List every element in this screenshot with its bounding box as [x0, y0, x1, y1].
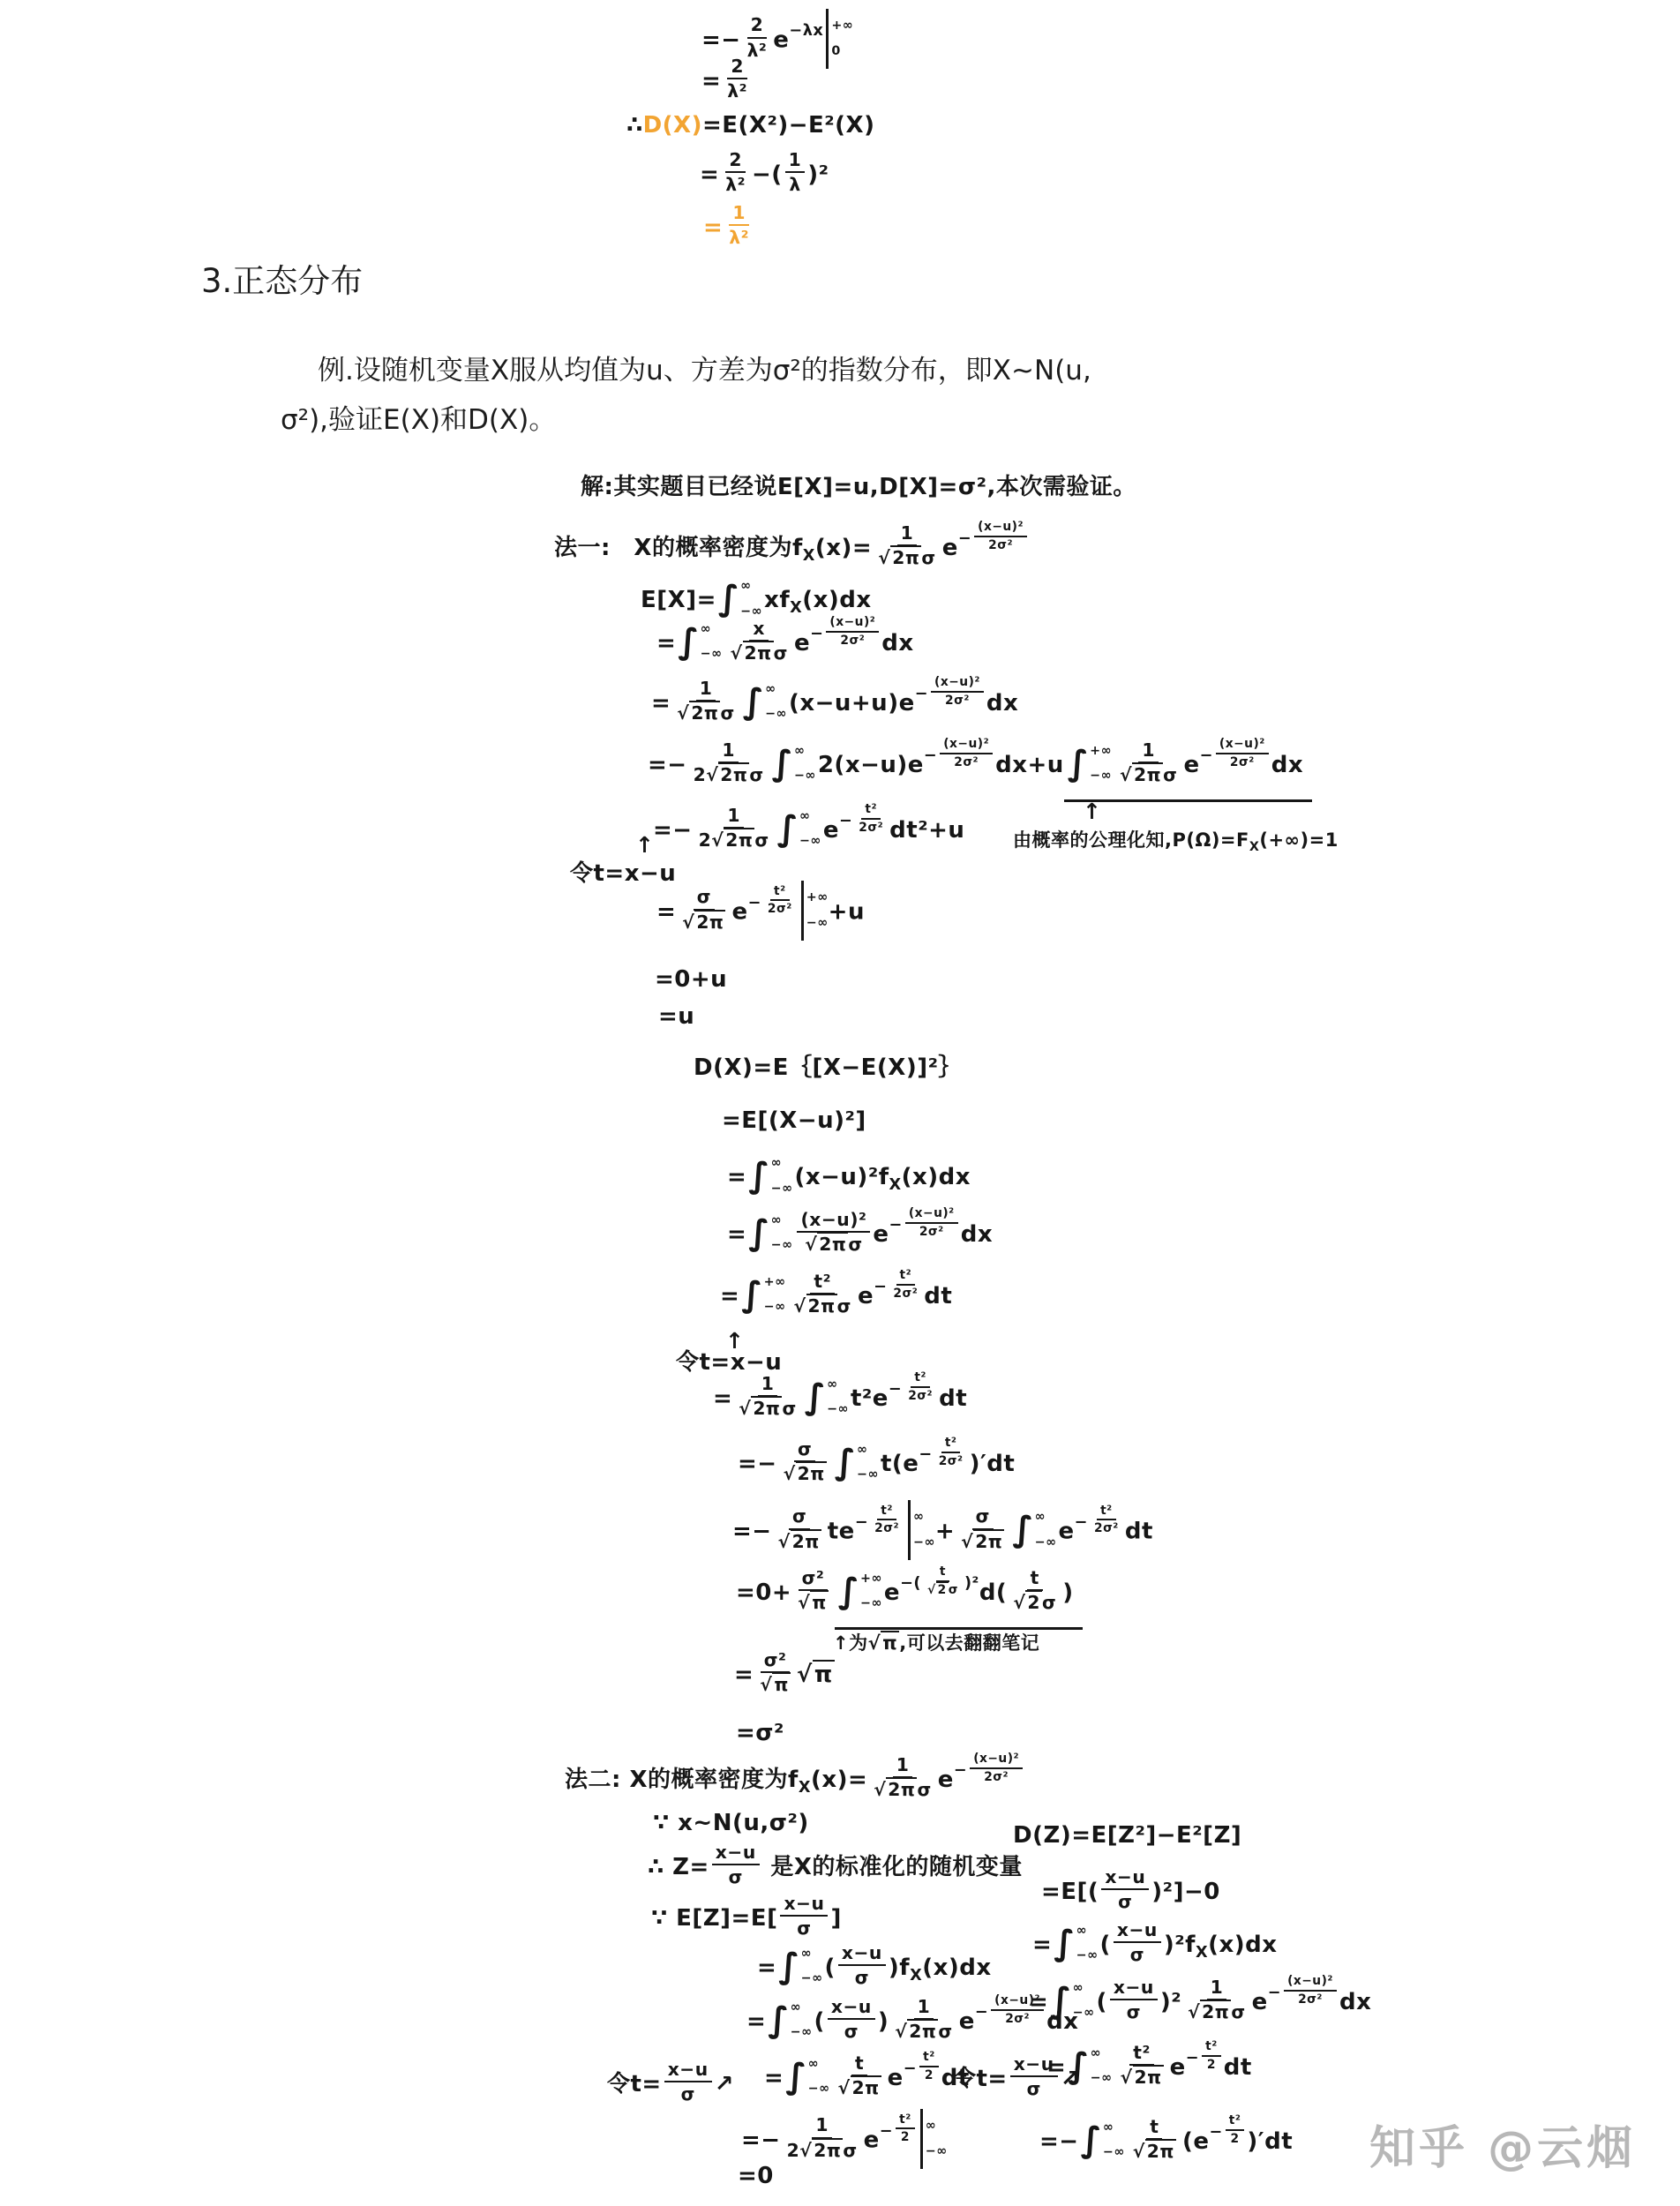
formula-line: D(X)=E｛[X−E(X)]²｝ — [694, 1055, 962, 1082]
formula-line: =0+u — [655, 967, 727, 994]
formula-line: ∴ Z=x−uσ 是X的标准化的随机变量 — [648, 1844, 1023, 1891]
problem-statement-line-2: σ²),验证E(X)和D(X)。 — [281, 397, 556, 437]
axiom-arrow-icon: ↑ — [1083, 799, 1101, 825]
section-heading: 3.正态分布 — [201, 254, 363, 302]
axiom-annotation: 由概率的公理化知,P(Ω)=FX(+∞)=1 — [1013, 829, 1339, 853]
formula-result-line: =1λ² — [703, 205, 755, 251]
formula-line: D(Z)=E[Z²]−E²[Z] — [1013, 1823, 1241, 1850]
method1-label: 法一: X的概率密度为fX(x)=1√2πσe−(x−u)²2σ² — [554, 522, 1030, 572]
formula-line: =0+σ²√π∫+∞−∞e−(t√2σ)²d(t√2σ) — [736, 1565, 1083, 1630]
substitution-note: 令t=x−uσ↗ — [607, 2061, 734, 2108]
problem-statement-line-1: 例.设随机变量X服从均值为u、方差为σ²的指数分布，即X~N(u, — [318, 348, 1091, 387]
formula-line: =−σ√2π∫∞−∞t(e−t²2σ²)′dt — [738, 1438, 1015, 1488]
formula-line: =2λ²−(1λ)² — [700, 152, 829, 199]
formula-line: =∫+∞−∞t²√2πσe−t²2σ²dt — [720, 1271, 952, 1320]
formula-line: =∫∞−∞t²√2πe−t²2dt — [1046, 2042, 1252, 2091]
substitution1-arrow-icon: ↑ — [635, 833, 654, 859]
method2-label: 法二: X的概率密度为fX(x)=1√2πσe−(x−u)²2σ² — [565, 1754, 1025, 1804]
formula-line: =0 — [738, 2164, 774, 2190]
formula-line: =−12√2πσ∫∞−∞e−t²2σ²dt²+u — [653, 805, 964, 854]
formula-line: =1√2πσ∫∞−∞t²e−t²2σ²dt — [713, 1373, 967, 1422]
formula-line: ∵ E[Z]=E[x−uσ] — [651, 1895, 842, 1942]
formula-line: =u — [658, 1004, 694, 1031]
formula-line: =∫∞−∞(x−uσ)²fX(x)dx — [1032, 1922, 1278, 1969]
formula-line: =∫∞−∞x√2πσe−(x−u)²2σ²dx — [656, 618, 914, 667]
solution-intro: 解:其实题目已经说E[X]=u,D[X]=σ²,本次需验证。 — [581, 475, 1136, 501]
formula-line: =−12√2πσe−t²2∞−∞ — [741, 2111, 948, 2171]
formula-line: =∫∞−∞(x−u)²√2πσe−(x−u)²2σ²dx — [727, 1209, 993, 1258]
formula-line: =2λ² — [701, 58, 754, 105]
formula-line: =∫∞−∞(x−u)²fX(x)dx — [727, 1158, 971, 1197]
formula-line: =E[(X−u)²] — [722, 1108, 866, 1135]
formula-line: =E[(x−uσ)²]−0 — [1041, 1869, 1220, 1916]
formula-line: =σ²√π√π — [734, 1652, 835, 1699]
formula-line: =−σ√2πte−t²2σ²∞−∞+σ√2π∫∞−∞e−t²2σ²dt — [732, 1502, 1153, 1562]
watermark: 知乎 @云烟 — [1369, 2111, 1636, 2177]
formula-line: =−∫∞−∞t√2π(e−t²2)′dt — [1039, 2116, 1293, 2165]
formula-line: =−12√2πσ∫∞−∞2(x−u)e−(x−u)²2σ²dx+u∫+∞−∞1√… — [648, 738, 1312, 802]
formula-line: =σ√2πe−t²2σ²+∞−∞+u — [656, 882, 865, 942]
formula-line: =1√2πσ∫∞−∞(x−u+u)e−(x−u)²2σ²dx — [651, 678, 1018, 727]
formula-line: =∫∞−∞t√2πe−t²2dt — [764, 2052, 970, 2102]
formula-line: =∫∞−∞(x−uσ)²1√2πσe−(x−u)²2σ²dx — [1029, 1977, 1371, 2026]
formula-line: ∴D(X)=E(X²)−E²(X) — [626, 113, 875, 139]
formula-line: ∵ x~N(u,σ²) — [653, 1811, 809, 1837]
sqrtpi-annotation: ↑为√π,可以去翻翻笔记 — [833, 1632, 1039, 1654]
formula-line: =σ² — [736, 1721, 784, 1747]
formula-line: =∫∞−∞(x−uσ)fX(x)dx — [757, 1945, 992, 1992]
handwritten-notes-page: =−2λ²e−λx+∞0 =2λ² ∴D(X)=E(X²)−E²(X) =2λ²… — [0, 0, 1680, 2206]
